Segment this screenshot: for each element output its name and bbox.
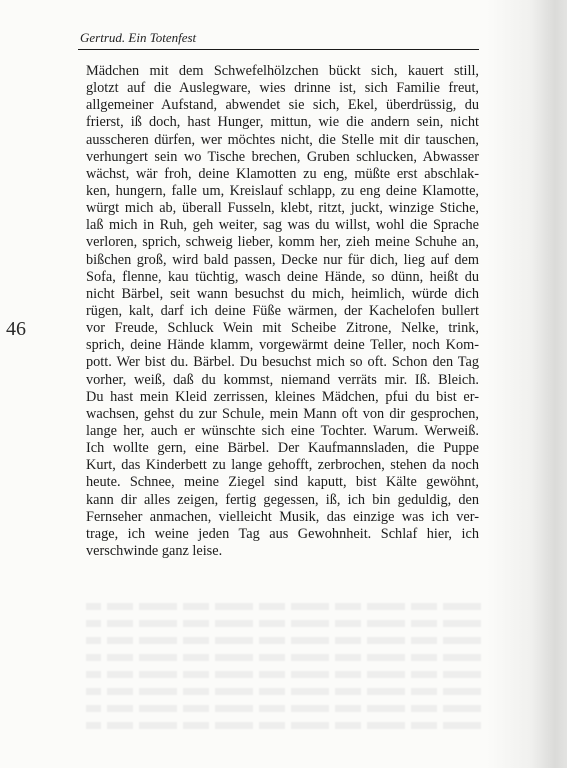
text-line: lange her, auch er wünschte sich eine To… xyxy=(86,423,479,440)
body-text: Mädchen mit dem Schwefelhölzchen bückt s… xyxy=(86,63,479,560)
text-line: vorher, weiß, daß du kommst, niemand ver… xyxy=(86,372,479,389)
text-line: wachsen, gehst du zur Schule, mein Mann … xyxy=(86,406,479,423)
text-line: Ich wollte gern, eine Bärbel. Der Kaufma… xyxy=(86,440,479,457)
text-line: Fernseher anmachen, vielleicht Musik, da… xyxy=(86,509,479,526)
text-line: rügen, kalt, darf ich deine Füße wärmen,… xyxy=(86,303,479,320)
page-number: 46 xyxy=(6,318,26,341)
running-title: Gertrud. Ein Totenfest xyxy=(80,30,196,46)
text-line: frierst, iß doch, hast Hunger, mittun, w… xyxy=(86,114,479,131)
text-line: verloren, sprich, schweig lieber, komm h… xyxy=(86,234,479,251)
text-line: ken, hungern, falle um, Kreislauf schlap… xyxy=(86,183,479,200)
running-header: Gertrud. Ein Totenfest xyxy=(78,32,479,50)
reverse-page-show-through xyxy=(86,597,481,733)
text-line: verschwinde ganz leise. xyxy=(86,543,479,560)
page-edge-shadow xyxy=(487,0,567,768)
text-line: wächst, wär froh, deine Klamotten zu eng… xyxy=(86,166,479,183)
text-line: sprich, deine Hände klamm, vorgewärmt de… xyxy=(86,337,479,354)
ghost-line xyxy=(86,614,481,631)
text-line: bißchen groß, wird bald passen, Decke nu… xyxy=(86,252,479,269)
text-line: Du hast mein Kleid zerrissen, kleines Mä… xyxy=(86,389,479,406)
ghost-line xyxy=(86,597,481,614)
ghost-line xyxy=(86,699,481,716)
text-line: trage, ich weine jeden Tag aus Gewohnhei… xyxy=(86,526,479,543)
text-line: heute. Schnee, meine Ziegel sind kaputt,… xyxy=(86,474,479,491)
ghost-line xyxy=(86,631,481,648)
text-line: Sofa, flenne, kau tüchtig, wasch deine H… xyxy=(86,269,479,286)
text-line: vor Freude, Schluck Wein mit Scheibe Zit… xyxy=(86,320,479,337)
text-line: Kurt, das Kinderbett zu lange gehofft, z… xyxy=(86,457,479,474)
ghost-line xyxy=(86,716,481,733)
text-line: allgemeiner Aufstand, abwendet sie sich,… xyxy=(86,97,479,114)
text-line: glotzt auf die Auslegware, wies drinne i… xyxy=(86,80,479,97)
text-line: würgt mich ab, überall Fusseln, klebt, r… xyxy=(86,200,479,217)
text-line: pott. Wer bist du. Bärbel. Du besuchst m… xyxy=(86,354,479,371)
text-line: ausscheren dürfen, wer möchtes nicht, di… xyxy=(86,132,479,149)
text-line: laß mich in Ruh, geh weiter, sag was du … xyxy=(86,217,479,234)
text-line: verhungert sein wo Tische brechen, Grube… xyxy=(86,149,479,166)
ghost-line xyxy=(86,682,481,699)
ghost-line xyxy=(86,665,481,682)
text-line: Mädchen mit dem Schwefelhölzchen bückt s… xyxy=(86,63,479,80)
text-line: nicht Bärbel, seit wann besuchst du mich… xyxy=(86,286,479,303)
text-line: kann dir alles zeigen, fertig gegessen, … xyxy=(86,492,479,509)
ghost-line xyxy=(86,648,481,665)
